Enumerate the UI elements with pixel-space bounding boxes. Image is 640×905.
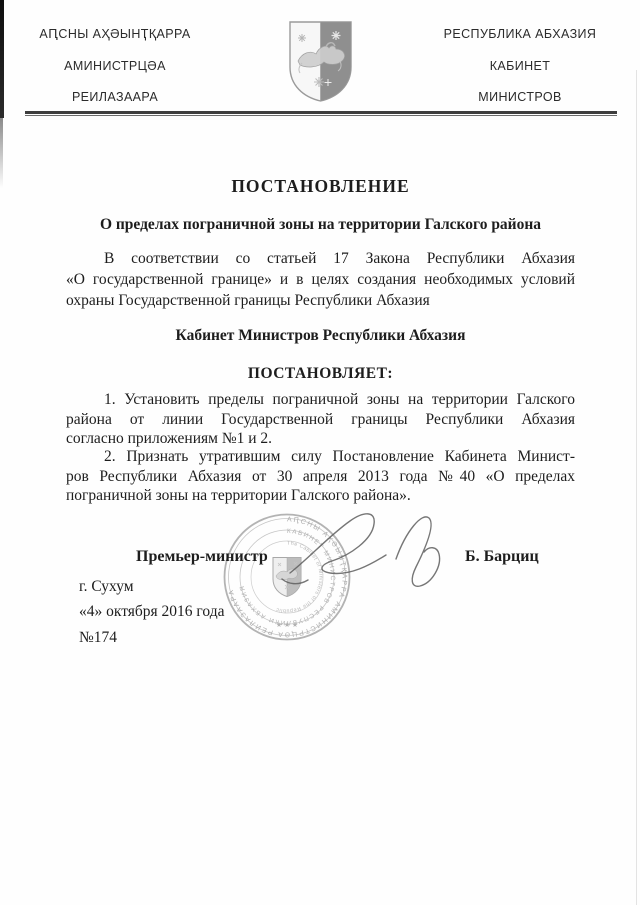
issuing-body-line: Кабинет Министров Республики Абхазия <box>66 327 575 345</box>
point-1-paragraph: 1. Установить пределы пограничной зоны н… <box>66 390 575 449</box>
document-page: АԤСНЫ АҲӘЫНҬҚАРРА АМИНИСТРЦӘА РЕИЛАЗААРА <box>0 0 640 905</box>
abkhazia-coat-of-arms-icon <box>288 21 353 107</box>
point-1-line: района от линии Государственной границы … <box>66 410 575 430</box>
letterhead-abkhazian: АԤСНЫ АҲӘЫНҬҚАРРА АМИНИСТРЦӘА РЕИЛАЗААРА <box>10 19 220 114</box>
document-number: №174 <box>79 629 117 647</box>
scan-edge-artifact-right <box>636 70 637 905</box>
letterhead-divider-rule <box>25 111 617 116</box>
document-title: ПОСТАНОВЛЕНИЕ <box>66 176 575 197</box>
issue-date: «4» октября 2016 года <box>79 603 224 621</box>
letterhead-abkhazian-line1: АԤСНЫ АҲӘЫНҬҚАРРА <box>10 19 220 51</box>
document-subject: О пределах пограничной зоны на территори… <box>66 216 575 234</box>
point-1-line: 1. Установить пределы пограничной зоны н… <box>66 390 575 410</box>
letterhead-russian-line2: КАБИНЕТ <box>415 51 625 83</box>
letterhead-russian: РЕСПУБЛИКА АБХАЗИЯ КАБИНЕТ МИНИСТРОВ <box>415 19 625 114</box>
point-2-line: 2. Признать утратившим силу Постановлени… <box>66 447 575 467</box>
intro-paragraph: В соответствии со статьей 17 Закона Респ… <box>66 248 575 311</box>
letterhead-abkhazian-line2: АМИНИСТРЦӘА <box>10 51 220 83</box>
handwritten-signature <box>278 503 468 603</box>
scan-edge-artifact-left-fade <box>0 118 3 188</box>
intro-line: охраны Государственной границы Республик… <box>66 290 575 311</box>
point-2-line: ров Республики Абхазия от 30 апреля 2013… <box>66 467 575 487</box>
letterhead-russian-line3: МИНИСТРОВ <box>415 82 625 114</box>
signatory-post: Премьер-министр <box>136 548 268 566</box>
signatory-name: Б. Барциц <box>465 548 539 566</box>
issue-city: г. Сухум <box>79 578 134 596</box>
intro-line: «О государственной границе» и в целях со… <box>66 269 575 290</box>
point-1-line: согласно приложениям №1 и 2. <box>66 429 575 449</box>
scan-edge-artifact-left <box>0 0 4 118</box>
letterhead-russian-line1: РЕСПУБЛИКА АБХАЗИЯ <box>415 19 625 51</box>
point-2-paragraph: 2. Признать утратившим силу Постановлени… <box>66 447 575 506</box>
letterhead-abkhazian-line3: РЕИЛАЗААРА <box>10 82 220 114</box>
intro-line: В соответствии со статьей 17 Закона Респ… <box>66 248 575 269</box>
seal-stars: ★ ★ ★ <box>276 621 298 629</box>
resolves-line: ПОСТАНОВЛЯЕТ: <box>66 365 575 383</box>
